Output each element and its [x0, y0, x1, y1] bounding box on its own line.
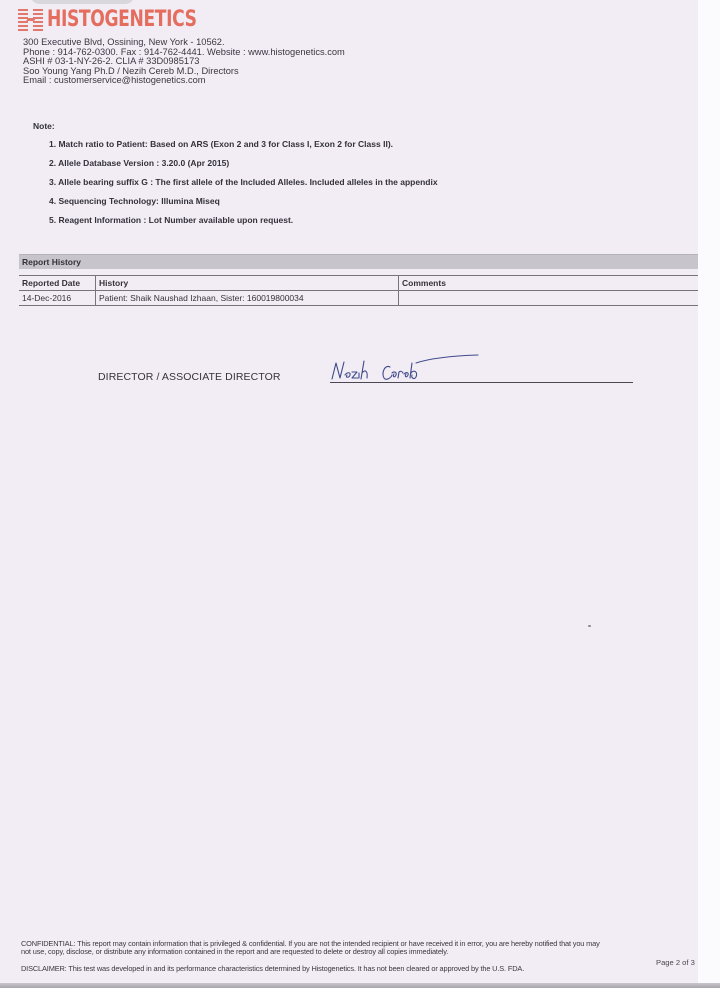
notes-heading: Note:: [33, 121, 55, 131]
page-number: Page 2 of 3: [656, 958, 695, 967]
note-item: 4. Sequencing Technology: Illumina Miseq: [49, 196, 438, 215]
report-history-section: Report History Reported Date History Com…: [19, 254, 698, 306]
confidentiality-notice: CONFIDENTIAL: This report may contain in…: [21, 940, 600, 956]
table-header-row: Reported Date History Comments: [19, 276, 698, 291]
note-item: 2. Allele Database Version : 3.20.0 (Apr…: [49, 158, 438, 177]
scan-margin-strip: [698, 0, 720, 988]
report-history-title: Report History: [19, 254, 698, 269]
document-page: HISTOGENETICS 300 Executive Blvd, Ossini…: [0, 0, 698, 984]
confidentiality-line: not use, copy, disclose, or distribute a…: [21, 948, 600, 956]
scan-artifact-tab: [30, 0, 135, 4]
notes-list: 1. Match ratio to Patient: Based on ARS …: [49, 139, 438, 234]
note-item: 3. Allele bearing suffix G : The first a…: [49, 177, 438, 196]
note-item: 5. Reagent Information : Lot Number avai…: [49, 215, 438, 234]
histogenetics-logo: HISTOGENETICS: [18, 8, 239, 32]
logo-text: HISTOGENETICS: [47, 8, 197, 32]
reported-date-cell: 14-Dec-2016: [19, 291, 96, 306]
handwritten-signature: Nezih Cereb: [328, 351, 488, 385]
scan-bottom-shadow: [0, 983, 720, 988]
signature-line: [330, 382, 633, 383]
report-history-table: Reported Date History Comments 14-Dec-20…: [19, 275, 698, 306]
dna-stripes-icon: [18, 8, 44, 32]
note-item: 1. Match ratio to Patient: Based on ARS …: [49, 139, 438, 158]
scan-speck: [588, 625, 591, 627]
column-header-history: History: [96, 276, 399, 291]
comments-cell: [399, 291, 699, 306]
lab-address-block: 300 Executive Blvd, Ossining, New York -…: [23, 38, 345, 86]
column-header-comments: Comments: [399, 276, 699, 291]
column-header-reported-date: Reported Date: [19, 276, 96, 291]
email-line: Email : customerservice@histogenetics.co…: [23, 76, 345, 86]
director-signature-label: DIRECTOR / ASSOCIATE DIRECTOR: [98, 371, 281, 383]
table-row: 14-Dec-2016 Patient: Shaik Naushad Izhaa…: [19, 291, 698, 306]
fda-disclaimer: DISCLAIMER: This test was developed in a…: [21, 964, 524, 973]
history-cell: Patient: Shaik Naushad Izhaan, Sister: 1…: [96, 291, 399, 306]
